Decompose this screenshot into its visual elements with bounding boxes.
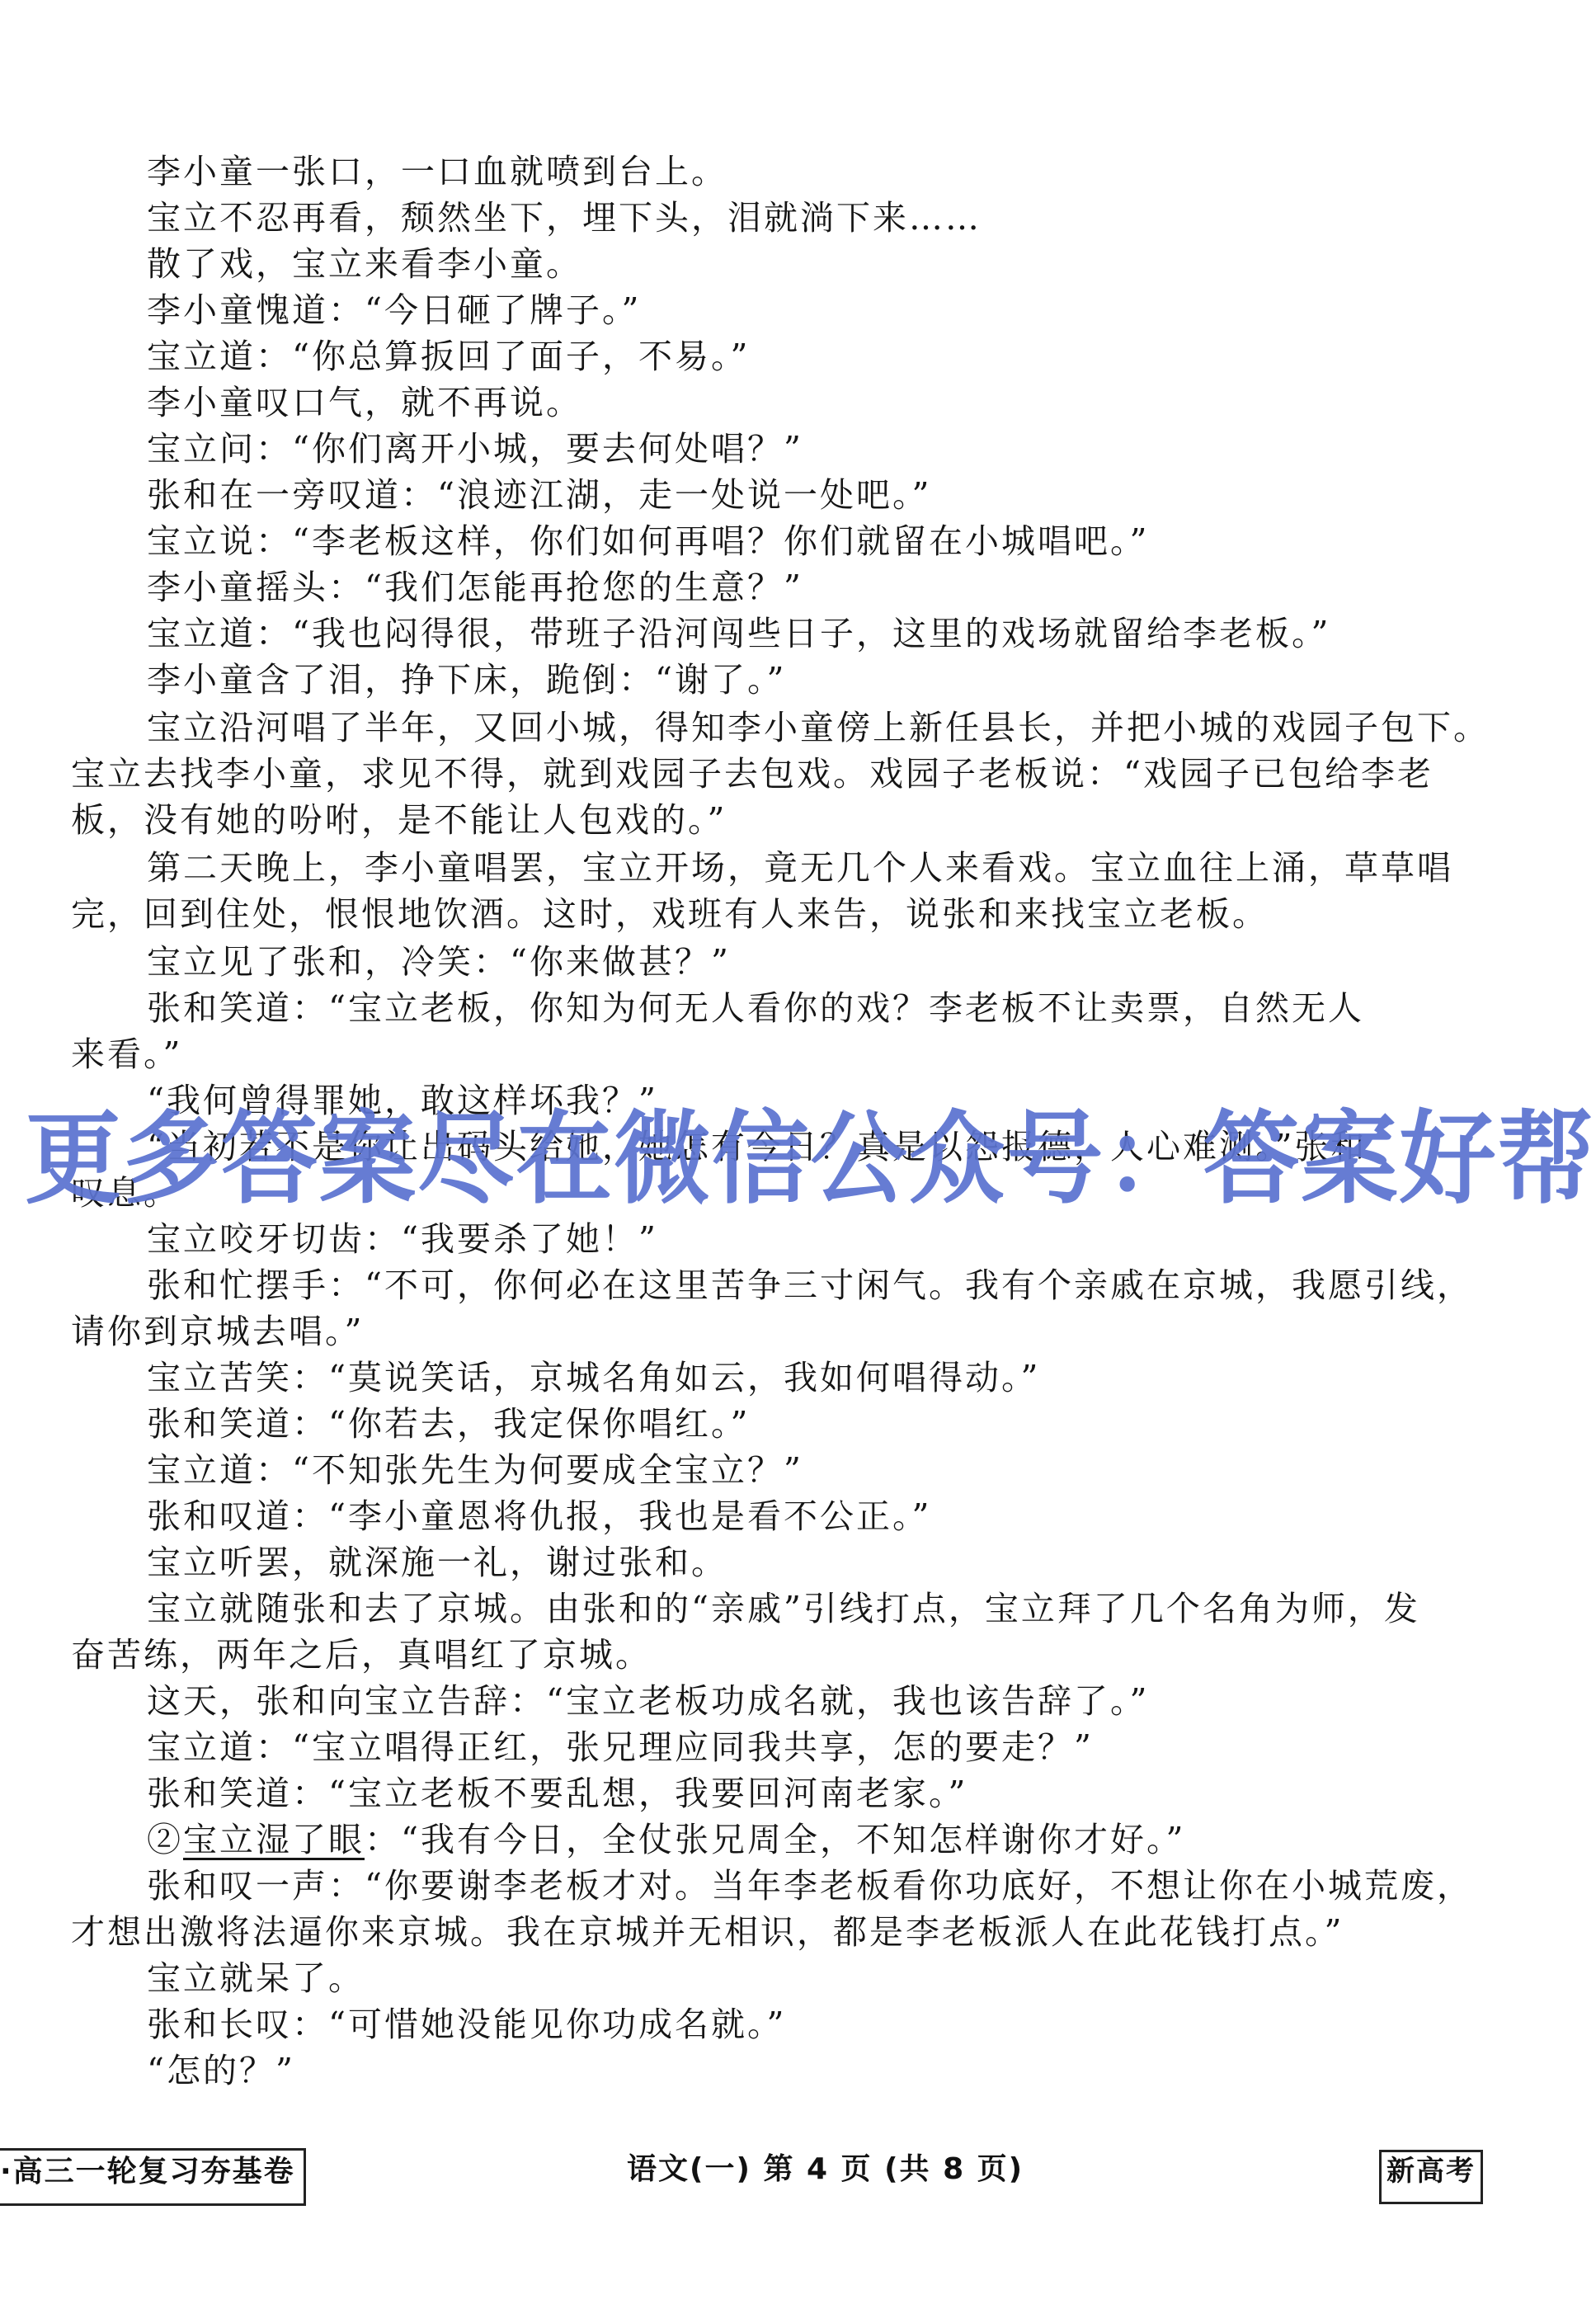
text-line: 宝立问：“你们离开小城，要去何处唱？”	[147, 429, 803, 469]
text-line: 宝立说：“李老板这样，你们如何再唱？你们就留在小城唱吧。”	[147, 521, 1149, 561]
text-line: 宝立道：“你总算扳回了面子，不易。”	[147, 337, 750, 376]
text-line: 张和忙摆手：“不可，你何必在这里苦争三寸闲气。我有个亲戚在京城，我愿引线，	[147, 1265, 1473, 1305]
text-line: 宝立道：“宝立唱得正红，张兄理应同我共享，怎的要走？”	[147, 1727, 1094, 1767]
series-label: ·高三一轮复习夯基卷	[0, 2148, 306, 2206]
exam-type-badge: 新高考	[1379, 2150, 1483, 2204]
text-line: 第二天晚上，李小童唱罢，宝立开场，竟无几个人来看戏。宝立血往上涌，草草唱	[147, 848, 1453, 888]
text-line: 宝立咬牙切齿：“我要杀了她！”	[147, 1219, 658, 1259]
text-line: 李小童愧道：“今日砸了牌子。”	[147, 290, 641, 330]
text-line: 张和长叹：“可惜她没能见你功成名就。”	[147, 2005, 786, 2044]
text-line: 张和叹道：“李小童恩将仇报，我也是看不公正。”	[147, 1496, 931, 1536]
text-line: 张和笑道：“宝立老板不要乱想，我要回河南老家。”	[147, 1774, 967, 1813]
text-line: “怎的？”	[147, 2051, 295, 2090]
text-line: 宝立见了张和，冷笑：“你来做甚？”	[147, 942, 731, 982]
text-line: 散了戏，宝立来看李小童。	[147, 244, 582, 284]
question-marker: ②	[147, 1820, 183, 1859]
text-line: 宝立听罢，就深施一礼，谢过张和。	[147, 1543, 727, 1582]
text-line: 张和叹一声：“你要谢李老板才对。当年李老板看你功底好，不想让你在小城荒废，	[147, 1866, 1473, 1906]
text-line: 李小童摇头：“我们怎能再抢您的生意？”	[147, 568, 803, 607]
text-line: 宝立就随张和去了京城。由张和的“亲戚”引线打点，宝立拜了几个名角为师，发	[147, 1589, 1420, 1628]
watermark-banner: 更多答案尽在微信公众号：答案好帮手	[25, 1105, 1529, 1213]
marked-paragraph: ②宝立湿了眼：“我有今日，全仗张兄周全，不知怎样谢你才好。”	[147, 1820, 1185, 1859]
text-line: 李小童叹口气，就不再说。	[147, 383, 582, 422]
page-indicator: 语文(一) 第 4 页 (共 8 页)	[627, 2150, 1024, 2199]
marked-line-rest: ：“我有今日，全仗张兄周全，不知怎样谢你才好。”	[365, 1820, 1185, 1859]
text-line: 宝立不忍再看，颓然坐下，埋下头，泪就淌下来……	[147, 198, 982, 238]
text-line: 宝立就呆了。	[147, 1958, 365, 1998]
underlined-phrase: 宝立湿了眼	[183, 1820, 365, 1859]
text-line: 来看。”	[71, 1034, 182, 1074]
text-line: 李小童含了泪，挣下床，跪倒：“谢了。”	[147, 660, 786, 700]
text-line: 奋苦练，两年之后，真唱红了京城。	[71, 1635, 652, 1675]
text-line: 张和在一旁叹道：“浪迹江湖，走一处说一处吧。”	[147, 475, 931, 515]
text-line: 宝立道：“不知张先生为何要成全宝立？”	[147, 1450, 803, 1490]
text-line: 宝立苦笑：“莫说笑话，京城名角如云，我如何唱得动。”	[147, 1358, 1040, 1397]
text-line: 宝立沿河唱了半年，又回小城，得知李小童傍上新任县长，并把小城的戏园子包下。	[147, 708, 1490, 747]
text-line: 请你到京城去唱。”	[71, 1312, 364, 1351]
text-line: 张和笑道：“宝立老板，你知为何无人看你的戏？李老板不让卖票，自然无人	[147, 988, 1364, 1028]
text-line: 板，没有她的吩咐，是不能让人包戏的。”	[71, 800, 727, 840]
text-line: 宝立道：“我也闷得很，带班子沿河闯些日子，这里的戏场就留给李老板。”	[147, 614, 1330, 653]
text-line: 张和笑道：“你若去，我定保你唱红。”	[147, 1404, 750, 1444]
text-line: 宝立去找李小童，求见不得，就到戏园子去包戏。戏园子老板说：“戏园子已包给李老	[71, 754, 1434, 794]
text-line: 完，回到住处，恨恨地饮酒。这时，戏班有人来告，说张和来找宝立老板。	[71, 894, 1269, 934]
text-line: 才想出激将法逼你来京城。我在京城并无相识，都是李老板派人在此花钱打点。”	[71, 1912, 1344, 1952]
text-line: 李小童一张口，一口血就喷到台上。	[147, 152, 727, 191]
text-line: 这天，张和向宝立告辞：“宝立老板功成名就，我也该告辞了。”	[147, 1681, 1149, 1721]
